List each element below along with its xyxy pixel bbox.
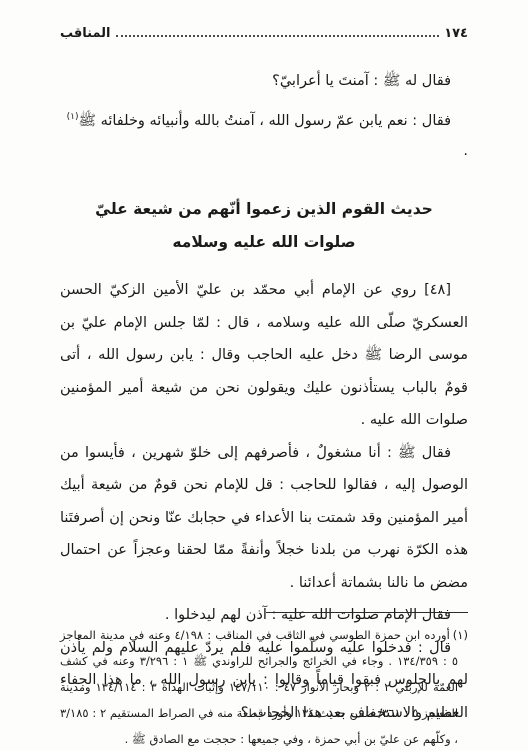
section-title-line-2: صلوات الله عليه وسلامه: [172, 233, 355, 251]
intro-line-2-text: فقال : نعم يابن عمّ رسول الله ، آمنتُ با…: [78, 113, 451, 129]
header-dotted-leader: [116, 35, 440, 37]
page-number: ١٧٤: [444, 26, 468, 41]
section-title-line-1: حديث القوم الذين زعموا أنّهم من شيعة علي…: [95, 200, 433, 218]
intro-line-2-period: .: [463, 143, 468, 159]
section-title: حديث القوم الذين زعموا أنّهم من شيعة علي…: [60, 193, 468, 259]
book-page: المناقب ١٧٤ فقال له ﷺ : آمنتَ يا أعرابيّ…: [0, 0, 528, 750]
running-title: المناقب: [60, 26, 111, 41]
hadith-paragraph-2: فقال ﷺ : أنا مشغولٌ ، فأصرفهم إلى خلوّ ش…: [60, 437, 468, 600]
footnote-reference-1: (١): [67, 112, 79, 122]
intro-line-1: فقال له ﷺ : آمنتَ يا أعرابيّ؟: [60, 66, 468, 96]
page-header: المناقب ١٧٤: [60, 26, 468, 41]
footnote-area: (١)أورده ابن حمزة الطوسي في الثاقب في ال…: [60, 612, 468, 750]
intro-line-2: فقال : نعم يابن عمّ رسول الله ، آمنتُ با…: [60, 102, 468, 166]
footnote-separator: [266, 612, 468, 613]
hadith-paragraph-1: [٤٨] روي عن الإمام أبي محمّد بن عليّ الأ…: [60, 274, 468, 437]
footnote-1-marker: (١): [453, 628, 468, 642]
footnote-1: (١)أورده ابن حمزة الطوسي في الثاقب في ال…: [60, 622, 468, 750]
footnote-1-text: أورده ابن حمزة الطوسي في الثاقب في المنا…: [60, 628, 458, 746]
